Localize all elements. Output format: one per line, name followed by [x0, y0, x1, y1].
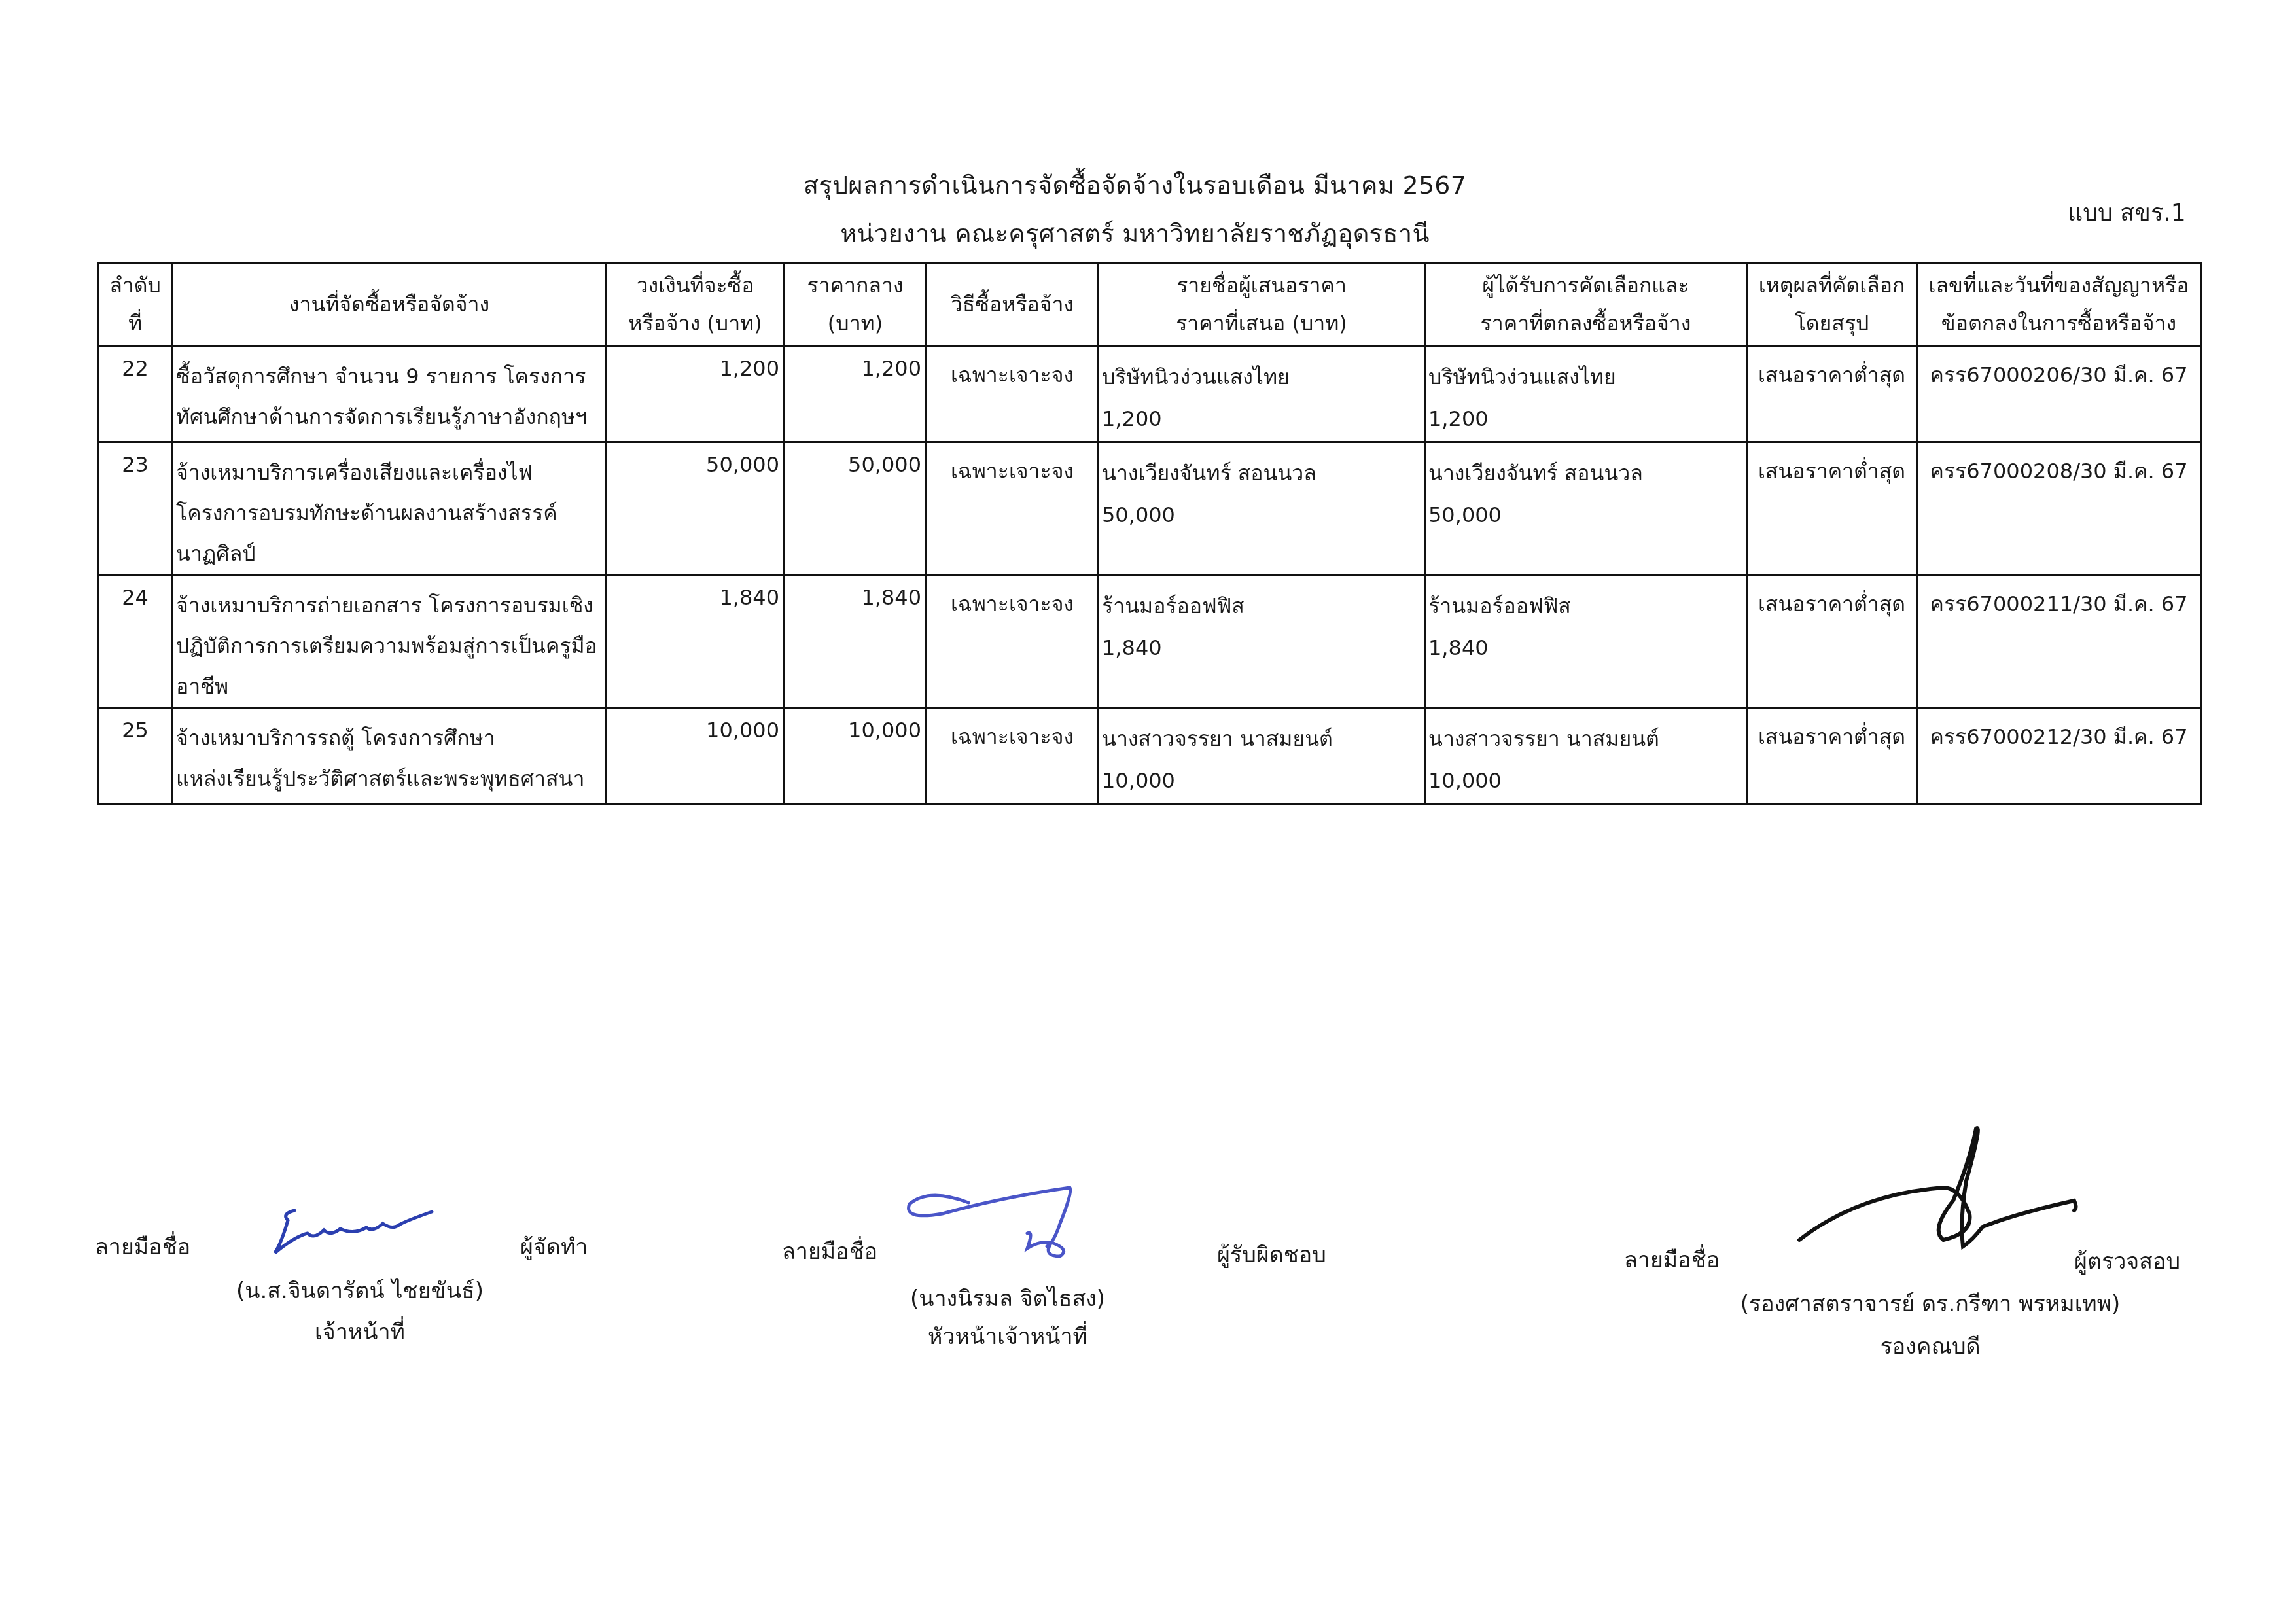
median-price: 1,840 [785, 575, 927, 708]
contract-reference: ครร67000212/30 มี.ค. 67 [1917, 708, 2201, 804]
col-header-contract: เลขที่และวันที่ของสัญญาหรือข้อตกลงในการซ… [1917, 263, 2201, 346]
signature-3-icon [1793, 1122, 2087, 1253]
signature-label-1: ลายมือชื่อ [95, 1229, 190, 1264]
contract-reference: ครร67000206/30 มี.ค. 67 [1917, 346, 2201, 442]
budget-amount: 1,200 [607, 346, 785, 442]
col-header-method: วิธีซื้อหรือจ้าง [927, 263, 1099, 346]
budget-amount: 10,000 [607, 708, 785, 804]
table-row: 24 จ้างเหมาบริการถ่ายเอกสาร โครงการอบรมเ… [98, 575, 2201, 708]
median-price: 1,200 [785, 346, 927, 442]
contract-reference: ครร67000208/30 มี.ค. 67 [1917, 442, 2201, 575]
budget-amount: 50,000 [607, 442, 785, 575]
selection-reason: เสนอราคาต่ำสุด [1747, 346, 1917, 442]
signer-position-1: เจ้าหน้าที่ [196, 1314, 523, 1349]
median-price: 10,000 [785, 708, 927, 804]
table-row: 22 ซื้อวัสดุการศึกษา จำนวน 9 รายการ โครง… [98, 346, 2201, 442]
signature-label-3: ลายมือชื่อ [1624, 1242, 1720, 1277]
bidder-info: นางสาวจรรยา นาสมยนต์10,000 [1099, 708, 1425, 804]
department-subtitle: หน่วยงาน คณะครุศาสตร์ มหาวิทยาลัยราชภัฏอ… [0, 213, 2283, 253]
col-header-median-price: ราคากลาง(บาท) [785, 263, 927, 346]
budget-amount: 1,840 [607, 575, 785, 708]
signer-name-2: (นางนิรมล จิตไธสง) [844, 1280, 1171, 1316]
selection-reason: เสนอราคาต่ำสุด [1747, 708, 1917, 804]
procurement-method: เฉพาะเจาะจง [927, 346, 1099, 442]
col-header-work: งานที่จัดซื้อหรือจัดจ้าง [173, 263, 607, 346]
work-description: จ้างเหมาบริการเครื่องเสียงและเครื่องไฟโค… [173, 442, 607, 575]
form-code: แบบ สขร.1 [2068, 194, 2186, 231]
bidder-info: นางเวียงจันทร์ สอนนวล50,000 [1099, 442, 1425, 575]
role-responsible: ผู้รับผิดชอบ [1217, 1237, 1326, 1272]
row-number: 24 [98, 575, 173, 708]
table-header-row: ลำดับที่ งานที่จัดซื้อหรือจัดจ้าง วงเงิน… [98, 263, 2201, 346]
signature-2-icon [903, 1184, 1086, 1263]
col-header-reason: เหตุผลที่คัดเลือกโดยสรุป [1747, 263, 1917, 346]
col-header-no: ลำดับที่ [98, 263, 173, 346]
selected-vendor-info: บริษัทนิวง่วนแสงไทย1,200 [1425, 346, 1747, 442]
role-preparer: ผู้จัดทำ [520, 1229, 588, 1264]
bidder-info: ร้านมอร์ออฟฟิส1,840 [1099, 575, 1425, 708]
row-number: 22 [98, 346, 173, 442]
selection-reason: เสนอราคาต่ำสุด [1747, 575, 1917, 708]
col-header-bidders: รายชื่อผู้เสนอราคาราคาที่เสนอ (บาท) [1099, 263, 1425, 346]
procurement-method: เฉพาะเจาะจง [927, 708, 1099, 804]
signature-1-icon [268, 1204, 451, 1256]
row-number: 23 [98, 442, 173, 575]
selected-vendor-info: ร้านมอร์ออฟฟิส1,840 [1425, 575, 1747, 708]
procurement-table: ลำดับที่ งานที่จัดซื้อหรือจัดจ้าง วงเงิน… [97, 262, 2202, 805]
role-inspector: ผู้ตรวจสอบ [2074, 1243, 2180, 1279]
table-row: 23 จ้างเหมาบริการเครื่องเสียงและเครื่องไ… [98, 442, 2201, 575]
selection-reason: เสนอราคาต่ำสุด [1747, 442, 1917, 575]
row-number: 25 [98, 708, 173, 804]
median-price: 50,000 [785, 442, 927, 575]
signature-label-2: ลายมือชื่อ [782, 1233, 877, 1269]
bidder-info: บริษัทนิวง่วนแสงไทย1,200 [1099, 346, 1425, 442]
col-header-selected: ผู้ได้รับการคัดเลือกและราคาที่ตกลงซื้อหร… [1425, 263, 1747, 346]
contract-reference: ครร67000211/30 มี.ค. 67 [1917, 575, 2201, 708]
procurement-method: เฉพาะเจาะจง [927, 575, 1099, 708]
work-description: จ้างเหมาบริการถ่ายเอกสาร โครงการอบรมเชิง… [173, 575, 607, 708]
signer-name-1: (น.ส.จินดารัตน์ ไชยขันธ์) [196, 1273, 523, 1308]
signer-position-2: หัวหน้าเจ้าหน้าที่ [844, 1318, 1171, 1354]
work-description: จ้างเหมาบริการรถตู้ โครงการศึกษาแหล่งเรี… [173, 708, 607, 804]
signer-name-3: (รองศาสตราจารย์ ดร.กรีฑา พรหมเทพ) [1701, 1286, 2159, 1321]
selected-vendor-info: นางเวียงจันทร์ สอนนวล50,000 [1425, 442, 1747, 575]
work-description: ซื้อวัสดุการศึกษา จำนวน 9 รายการ โครงการ… [173, 346, 607, 442]
col-header-budget: วงเงินที่จะซื้อหรือจ้าง (บาท) [607, 263, 785, 346]
procurement-method: เฉพาะเจาะจง [927, 442, 1099, 575]
document-title: สรุปผลการดำเนินการจัดซื้อจัดจ้างในรอบเดื… [0, 165, 2283, 205]
selected-vendor-info: นางสาวจรรยา นาสมยนต์10,000 [1425, 708, 1747, 804]
table-row: 25 จ้างเหมาบริการรถตู้ โครงการศึกษาแหล่ง… [98, 708, 2201, 804]
signer-position-3: รองคณบดี [1701, 1328, 2159, 1364]
